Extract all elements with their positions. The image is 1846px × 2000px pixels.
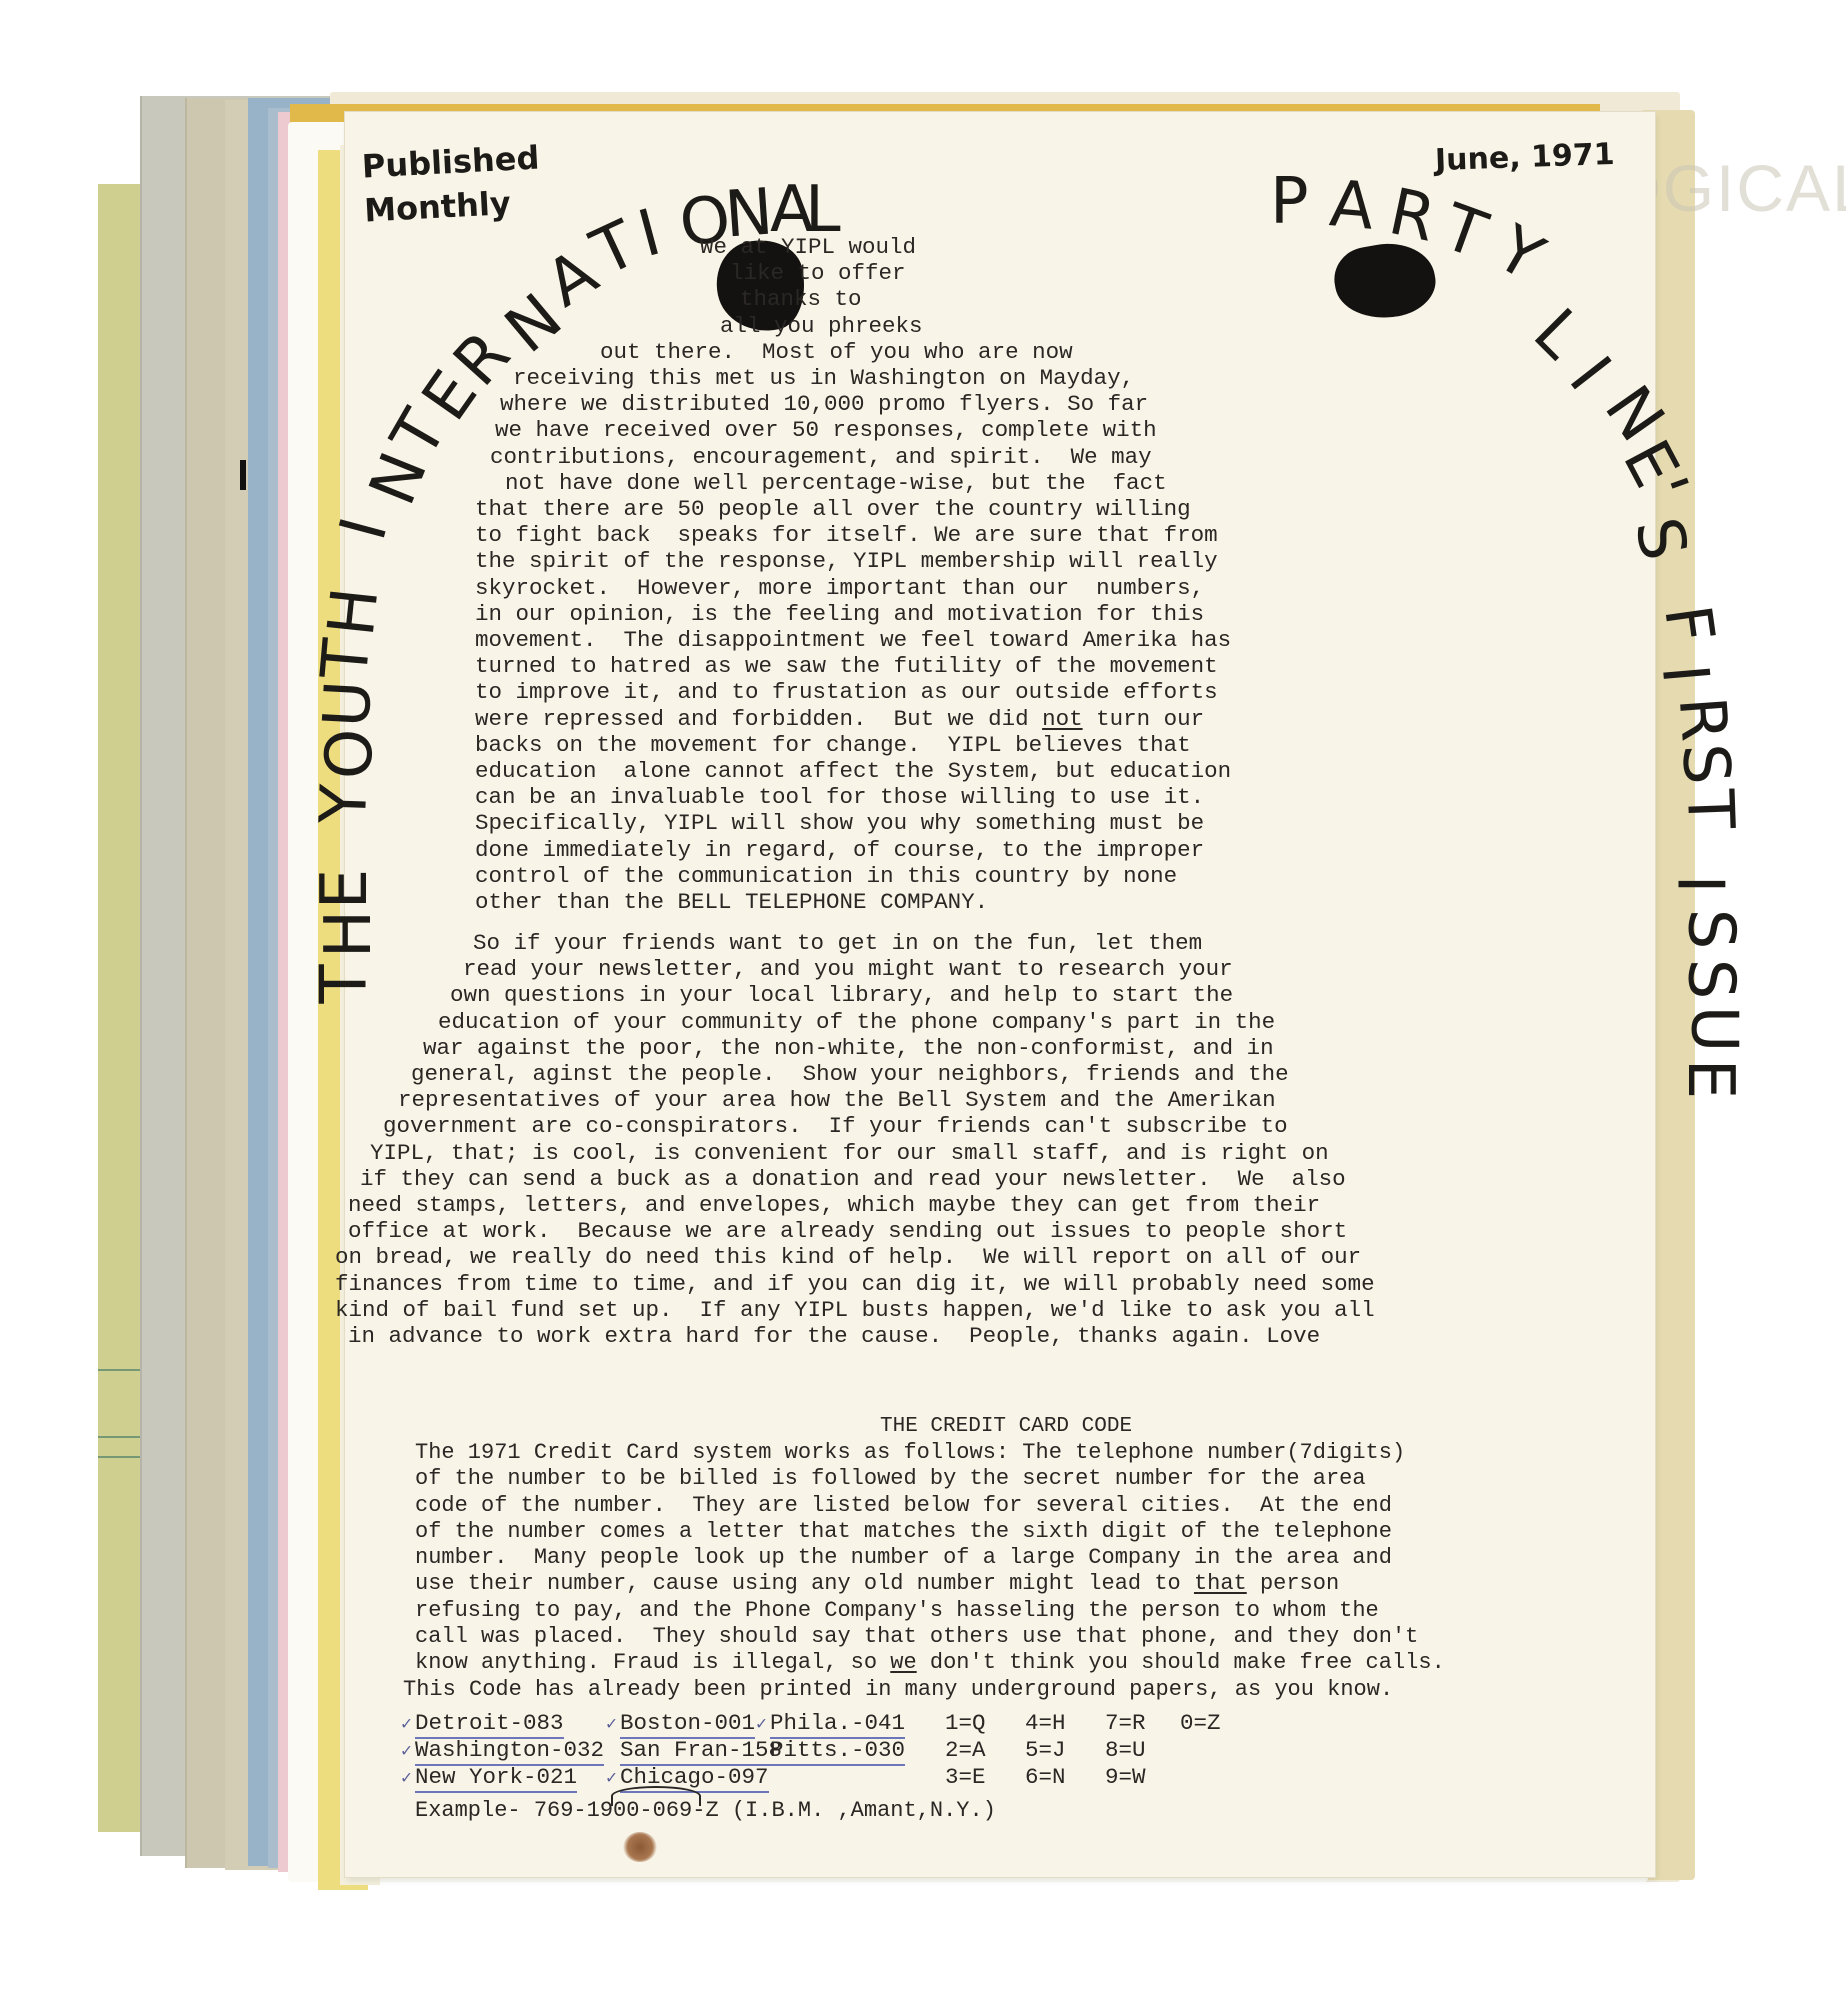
closing-line: own questions in your local library, and…: [450, 982, 1760, 1008]
credit-card-line: call was placed. They should say that ot…: [415, 1624, 1445, 1650]
closing-line: education of your community of the phone…: [438, 1009, 1748, 1035]
intro-line: like to offer: [730, 260, 1846, 286]
digit-letter-key: 6=N: [1025, 1764, 1066, 1791]
intro-line: Specifically, YIPL will show you why som…: [475, 810, 1785, 836]
closing-line: YIPL, that; is cool, is convenient for o…: [370, 1140, 1680, 1166]
credit-card-code-heading: THE CREDIT CARD CODE: [880, 1415, 1132, 1438]
intro-line: thanks to: [740, 286, 1846, 312]
digit-letter-key: 8=U: [1105, 1737, 1146, 1764]
intro-line: we have received over 50 responses, comp…: [495, 417, 1805, 443]
credit-card-line: code of the number. They are listed belo…: [415, 1493, 1445, 1519]
intro-line: control of the communication in this cou…: [475, 863, 1785, 889]
intro-line: turned to hatred as we saw the futility …: [475, 653, 1785, 679]
closing-line: on bread, we really do need this kind of…: [335, 1244, 1645, 1270]
credit-card-line: refusing to pay, and the Phone Company's…: [415, 1598, 1445, 1624]
intro-line: where we distributed 10,000 promo flyers…: [500, 391, 1810, 417]
closing-line: in advance to work extra hard for the ca…: [348, 1323, 1658, 1349]
credit-card-line: number. Many people look up the number o…: [415, 1545, 1445, 1571]
credit-card-example: Example- 769-1900-069-Z (I.B.M. ,Amant,N…: [415, 1798, 996, 1823]
closing-line: if they can send a buck as a donation an…: [360, 1166, 1670, 1192]
digit-letter-key: 0=Z: [1180, 1710, 1221, 1737]
credit-card-line: know anything. Fraud is illegal, so we d…: [415, 1650, 1445, 1676]
intro-line: the spirit of the response, YIPL members…: [475, 548, 1785, 574]
intro-line: backs on the movement for change. YIPL b…: [475, 732, 1785, 758]
check-mark-icon: ✓: [606, 1712, 617, 1739]
city-code: ✓Washington-032: [415, 1737, 604, 1766]
credit-card-line: of the number to be billed is followed b…: [415, 1466, 1445, 1492]
city-code: ✓Detroit-083: [415, 1710, 564, 1739]
digit-letter-key: 3=E: [945, 1764, 986, 1791]
city-code: San Fran-158: [620, 1737, 782, 1766]
newsletter-page: Published Monthly June, 1971 THEYOUTHINT…: [345, 112, 1655, 1877]
city-code: ✓New York-021: [415, 1764, 577, 1793]
issue-date: June, 1971: [1434, 137, 1615, 178]
check-mark-icon: ✓: [606, 1766, 617, 1793]
intro-line: contributions, encouragement, and spirit…: [490, 444, 1800, 470]
digit-letter-key: 4=H: [1025, 1710, 1066, 1737]
closing-line: office at work. Because we are already s…: [348, 1218, 1658, 1244]
closing-line: representatives of your area how the Bel…: [398, 1087, 1708, 1113]
closing-paragraph: So if your friends want to get in on the…: [345, 930, 1655, 1349]
masthead-letter: A: [1327, 172, 1376, 240]
intro-line: other than the BELL TELEPHONE COMPANY.: [475, 889, 1785, 915]
published-word: Published: [361, 135, 541, 188]
credit-card-line: The 1971 Credit Card system works as fol…: [415, 1440, 1445, 1466]
closing-line: read your newsletter, and you might want…: [463, 956, 1773, 982]
intro-line: We at YIPL would: [700, 234, 1846, 260]
city-code: ✓Boston-001: [620, 1710, 755, 1739]
intro-line: in our opinion, is the feeling and motiv…: [475, 601, 1785, 627]
check-mark-icon: ✓: [401, 1766, 412, 1793]
intro-line: all you phreeks: [720, 313, 1846, 339]
credit-card-line: This Code has already been printed in ma…: [403, 1677, 1433, 1703]
check-mark-icon: ✓: [756, 1712, 767, 1739]
intro-line: that there are 50 people all over the co…: [475, 496, 1785, 522]
digit-letter-key: 1=Q: [945, 1710, 986, 1737]
digit-letter-key: 5=J: [1025, 1737, 1066, 1764]
intro-line: skyrocket. However, more important than …: [475, 575, 1785, 601]
masthead-letter: P: [1270, 170, 1309, 234]
credit-card-line: use their number, cause using any old nu…: [415, 1571, 1445, 1597]
closing-line: need stamps, letters, and envelopes, whi…: [348, 1192, 1658, 1218]
coffee-stain: [623, 1832, 657, 1862]
check-mark-icon: ✓: [401, 1739, 412, 1766]
intro-line: education alone cannot affect the System…: [475, 758, 1785, 784]
intro-line: done immediately in regard, of course, t…: [475, 837, 1785, 863]
intro-paragraph: We at YIPL wouldlike to offerthanks toal…: [345, 234, 1655, 915]
check-mark-icon: ✓: [401, 1712, 412, 1739]
digit-letter-key: 2=A: [945, 1737, 986, 1764]
closing-line: government are co-conspirators. If your …: [383, 1113, 1693, 1139]
closing-line: finances from time to time, and if you c…: [335, 1271, 1645, 1297]
intro-line: to fight back speaks for itself. We are …: [475, 522, 1785, 548]
closing-line: war against the poor, the non-white, the…: [423, 1035, 1733, 1061]
binder-mark: [240, 460, 246, 490]
monthly-word: Monthly: [363, 179, 543, 232]
closing-line: So if your friends want to get in on the…: [473, 930, 1783, 956]
closing-line: kind of bail fund set up. If any YIPL bu…: [335, 1297, 1645, 1323]
intro-line: not have done well percentage-wise, but …: [505, 470, 1815, 496]
masthead-letter: L: [805, 178, 841, 242]
intro-line: out there. Most of you who are now: [600, 339, 1846, 365]
digit-letter-key: 9=W: [1105, 1764, 1146, 1791]
credit-card-code-body: The 1971 Credit Card system works as fol…: [415, 1440, 1445, 1703]
intro-line: movement. The disappointment we feel tow…: [475, 627, 1785, 653]
intro-line: receiving this met us in Washington on M…: [513, 365, 1823, 391]
city-code: Pitts.-030: [770, 1737, 905, 1766]
published-monthly-label: Published Monthly: [361, 135, 543, 232]
closing-line: general, aginst the people. Show your ne…: [411, 1061, 1721, 1087]
digit-letter-key: 7=R: [1105, 1710, 1146, 1737]
intro-line: can be an invaluable tool for those will…: [475, 784, 1785, 810]
city-code: ✓Phila.-041: [770, 1710, 905, 1739]
credit-card-line: of the number comes a letter that matche…: [415, 1519, 1445, 1545]
intro-line: were repressed and forbidden. But we did…: [475, 706, 1785, 732]
intro-line: to improve it, and to frustation as our …: [475, 679, 1785, 705]
